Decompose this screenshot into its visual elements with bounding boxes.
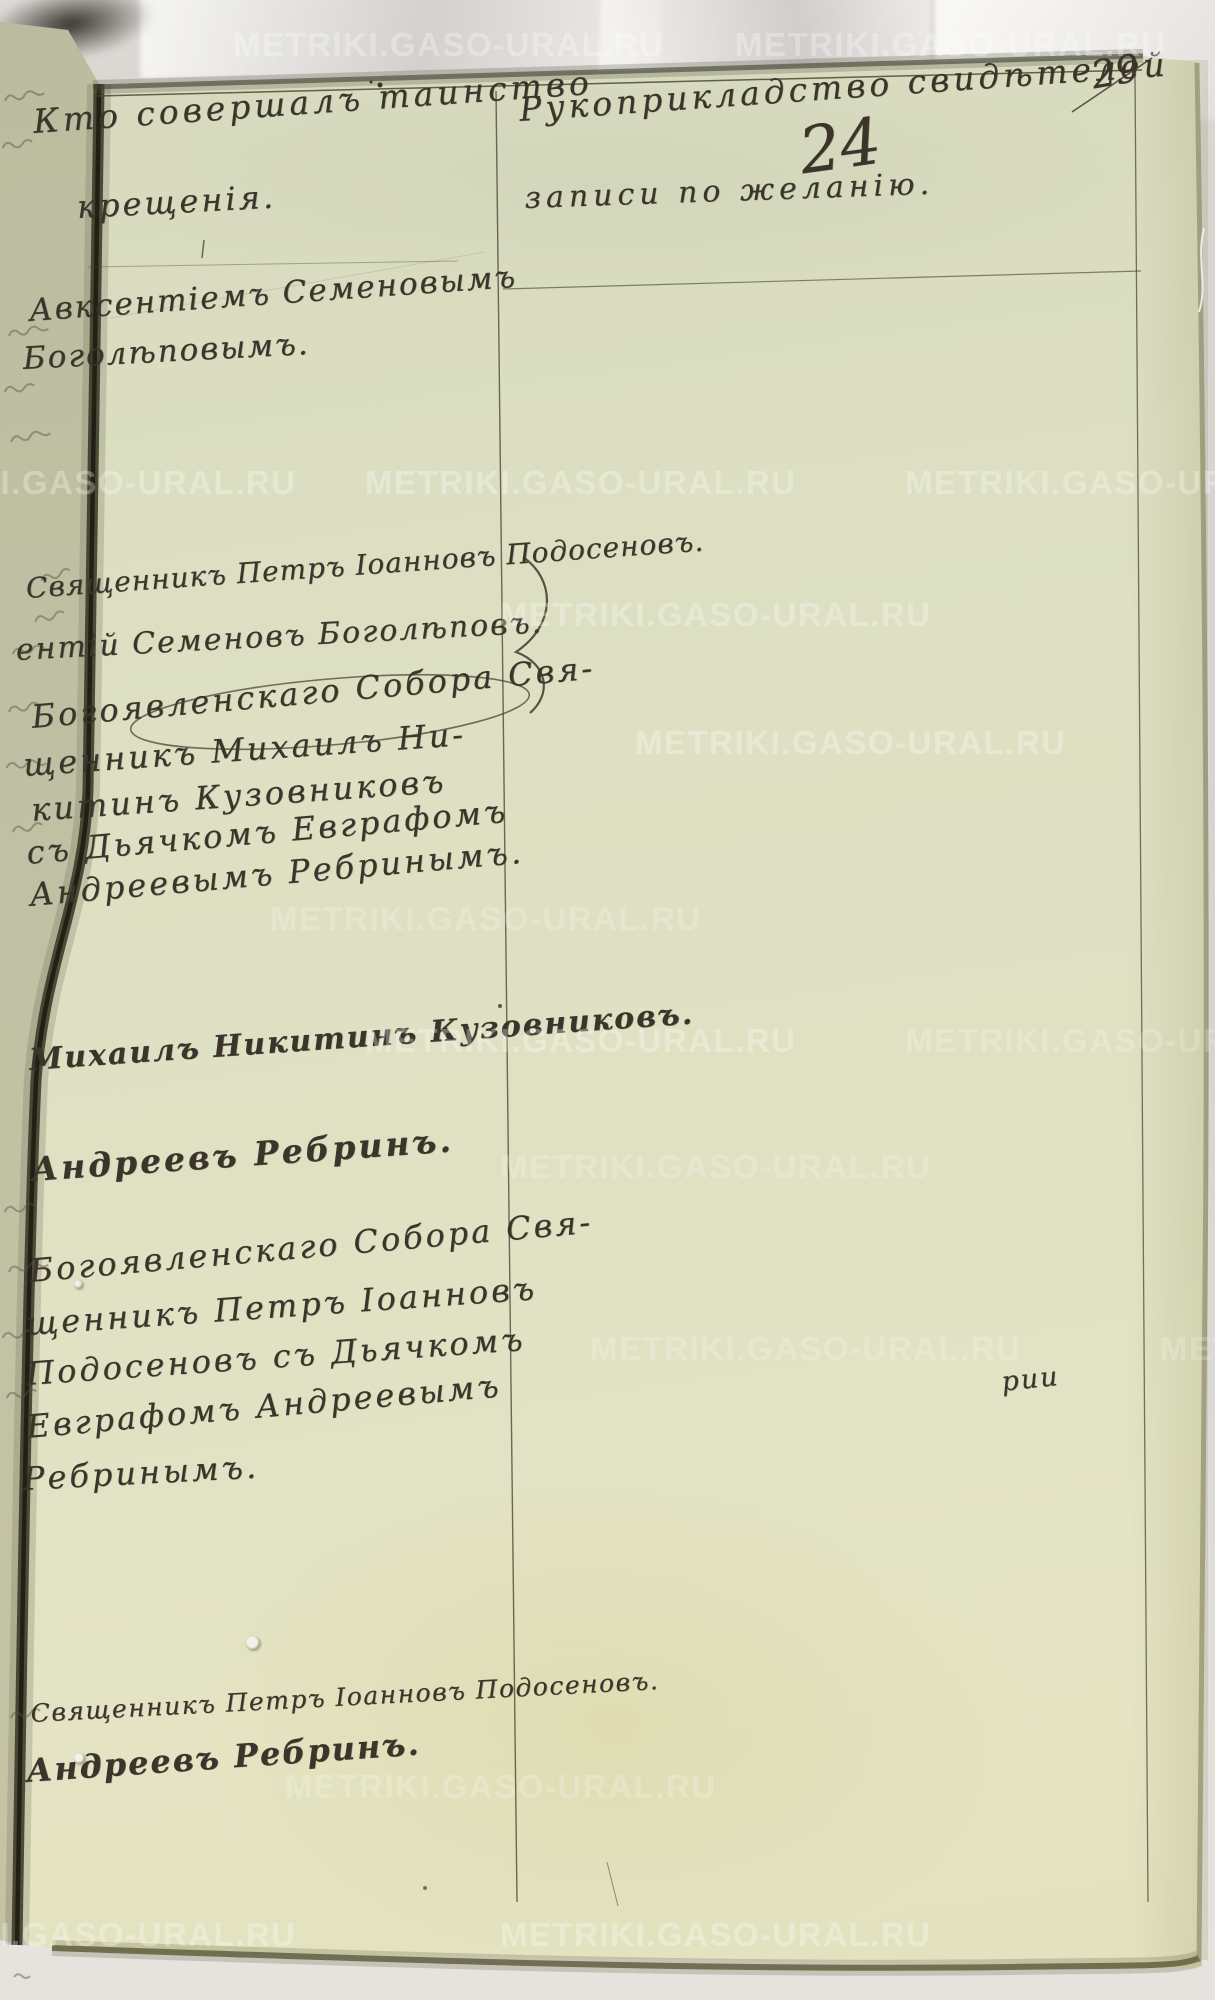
watermark-text: METRIKI.GASO-URAL.RU (233, 26, 664, 64)
paper-hole (74, 1753, 85, 1764)
paper-hole (74, 1280, 83, 1289)
paper-hole (246, 1636, 260, 1650)
scanned-register-spread: Кто совершалъ таинство крещенія. Рукопри… (0, 0, 1215, 2000)
sheet-corner-number: 29 (1088, 48, 1143, 98)
page-number: 24 (795, 107, 885, 188)
witness-note: рии (1000, 1362, 1061, 1398)
